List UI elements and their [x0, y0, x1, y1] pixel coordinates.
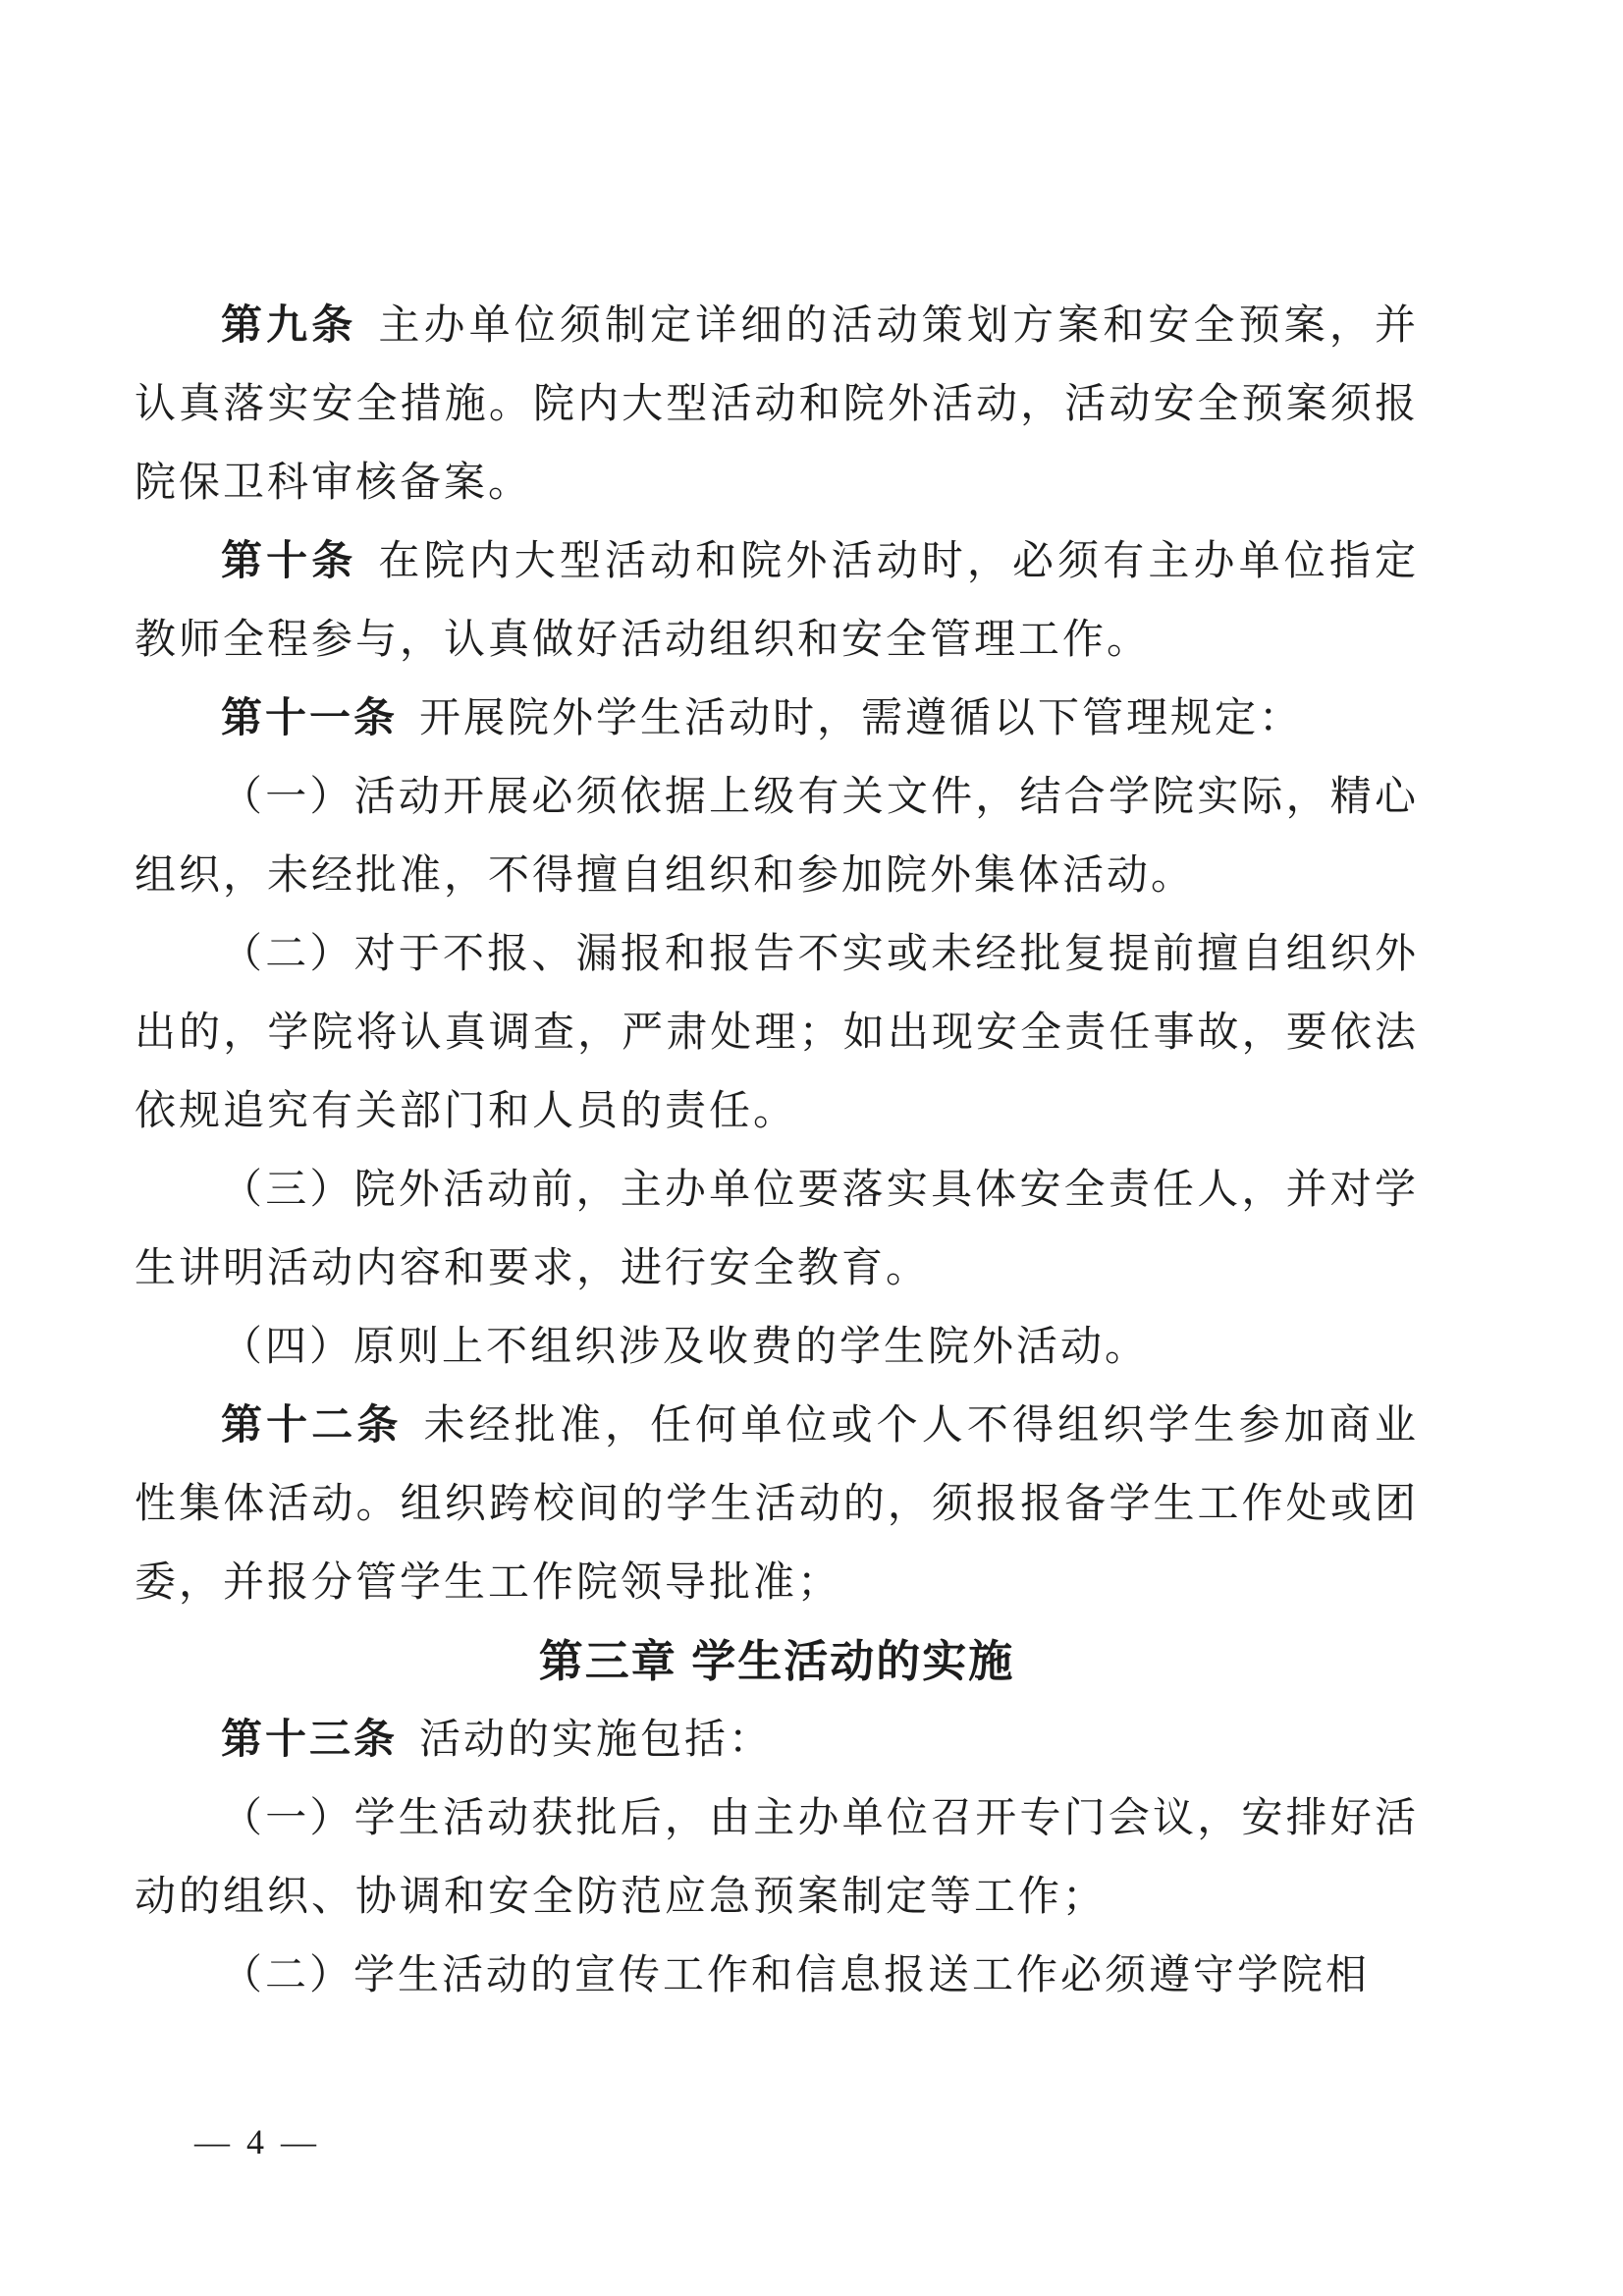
article-10-paragraph: 第十条在院内大型活动和院外活动时，必须有主办单位指定教师全程参与，认真做好活动组…: [135, 522, 1419, 680]
article-13-paragraph: 第十三条活动的实施包括：: [135, 1701, 1419, 1779]
article-11-item-2: （二）对于不报、漏报和报告不实或未经批复提前擅自组织外出的，学院将认真调查，严肃…: [135, 915, 1419, 1151]
article-11-item-3-text: （三）院外活动前，主办单位要落实具体安全责任人，并对学生讲明活动内容和要求，进行…: [135, 1168, 1419, 1291]
article-11-item-3: （三）院外活动前，主办单位要落实具体安全责任人，并对学生讲明活动内容和要求，进行…: [135, 1151, 1419, 1308]
article-11-text: 开展院外学生活动时，需遵循以下管理规定：: [419, 696, 1303, 741]
article-13-item-2: （二）学生活动的宣传工作和信息报送工作必须遵守学院相: [135, 1937, 1419, 2015]
article-13-text: 活动的实施包括：: [419, 1718, 773, 1763]
article-11-item-4-text: （四）原则上不组织涉及收费的学生院外活动。: [221, 1325, 1149, 1370]
article-12-paragraph: 第十二条未经批准，任何单位或个人不得组织学生参加商业性集体活动。组织跨校间的学生…: [135, 1387, 1419, 1622]
article-9-label: 第九条: [221, 303, 356, 349]
article-13-item-1-text: （一）学生活动获批后，由主办单位召开专门会议，安排好活动的组织、协调和安全防范应…: [135, 1796, 1419, 1920]
page-number: — 4 —: [194, 2121, 320, 2162]
article-10-label: 第十条: [221, 539, 356, 584]
document-body: 第九条主办单位须制定详细的活动策划方案和安全预案，并认真落实安全措施。院内大型活…: [135, 287, 1419, 2015]
document-page: 第九条主办单位须制定详细的活动策划方案和安全预案，并认真落实安全措施。院内大型活…: [0, 0, 1623, 2296]
article-11-item-4: （四）原则上不组织涉及收费的学生院外活动。: [135, 1308, 1419, 1387]
article-11-item-1: （一）活动开展必须依据上级有关文件，结合学院实际，精心组织，未经批准，不得擅自组…: [135, 758, 1419, 915]
article-12-label: 第十二条: [221, 1403, 402, 1449]
article-11-item-2-text: （二）对于不报、漏报和报告不实或未经批复提前擅自组织外出的，学院将认真调查，严肃…: [135, 932, 1419, 1134]
article-13-item-2-text: （二）学生活动的宣传工作和信息报送工作必须遵守学院相: [221, 1953, 1370, 1998]
article-11-item-1-text: （一）活动开展必须依据上级有关文件，结合学院实际，精心组织，未经批准，不得擅自组…: [135, 775, 1419, 899]
article-9-paragraph: 第九条主办单位须制定详细的活动策划方案和安全预案，并认真落实安全措施。院内大型活…: [135, 287, 1419, 522]
article-13-label: 第十三条: [221, 1718, 398, 1763]
article-13-item-1: （一）学生活动获批后，由主办单位召开专门会议，安排好活动的组织、协调和安全防范应…: [135, 1779, 1419, 1937]
article-11-label: 第十一条: [221, 696, 398, 741]
chapter-3-heading: 第三章 学生活动的实施: [135, 1622, 1419, 1701]
article-11-paragraph: 第十一条开展院外学生活动时，需遵循以下管理规定：: [135, 680, 1419, 758]
